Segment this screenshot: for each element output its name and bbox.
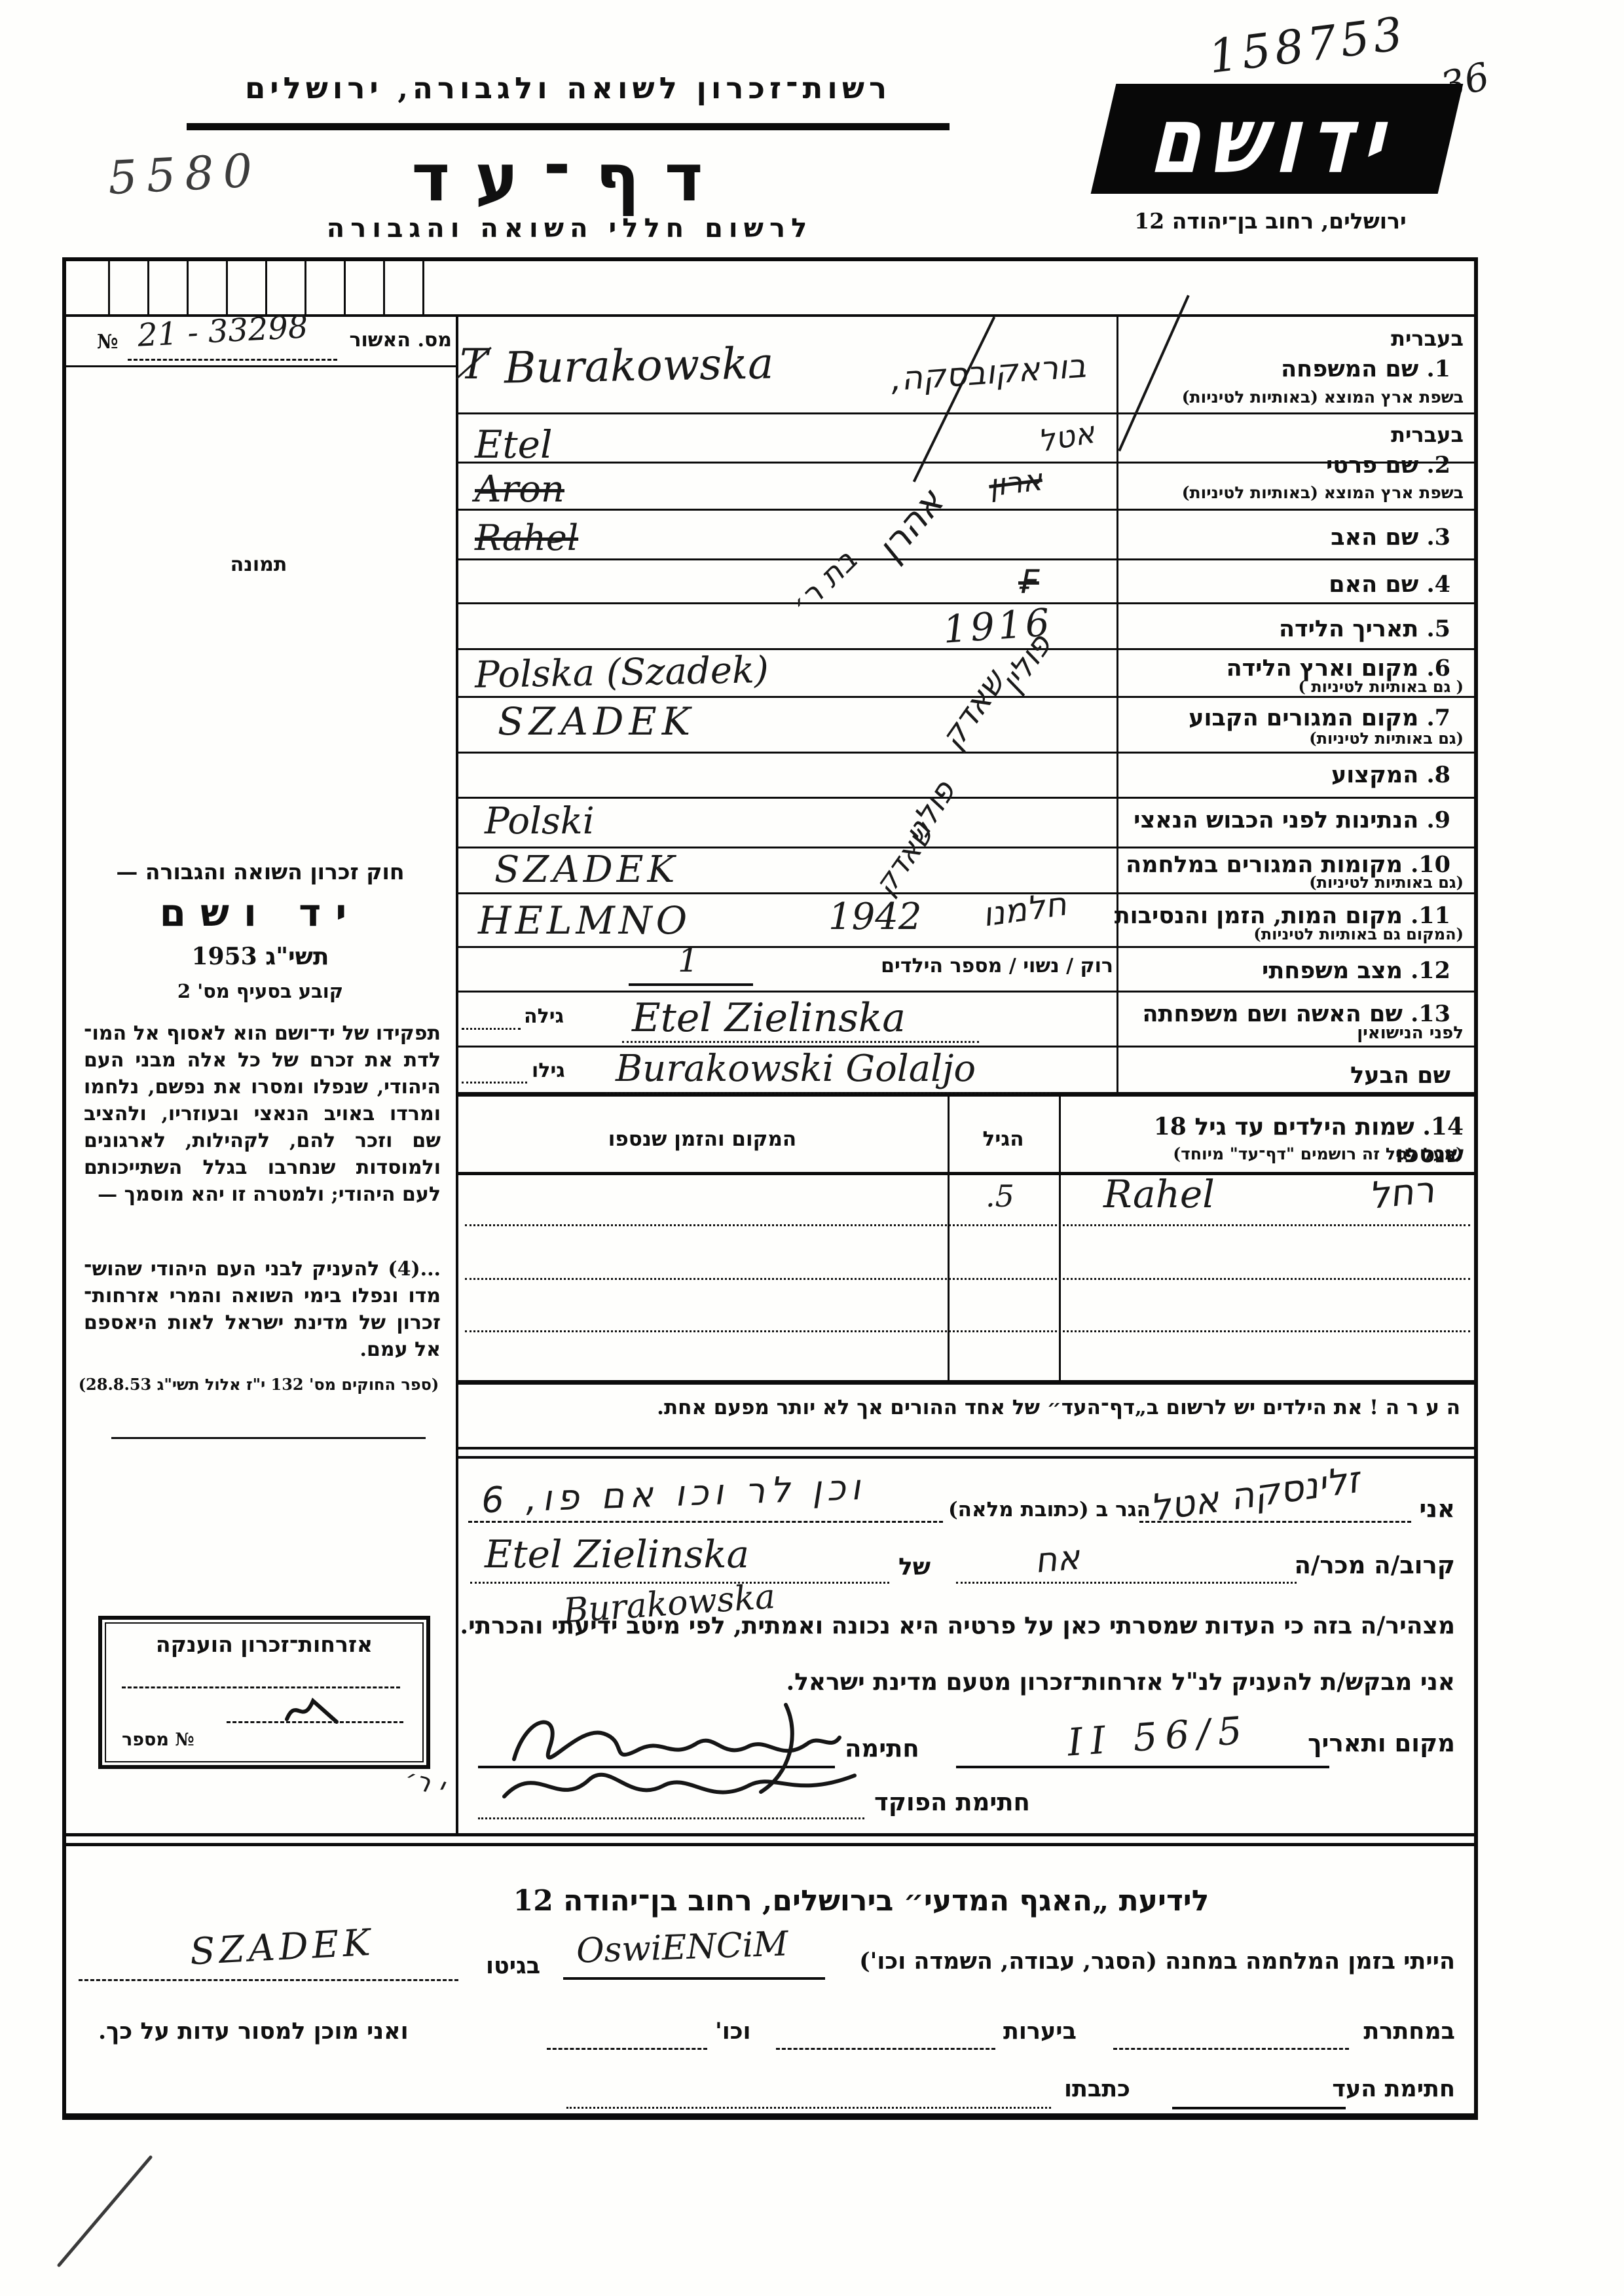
children-header-bottom-line xyxy=(457,1172,1478,1175)
row-line-13 xyxy=(457,991,1478,993)
sidebar-divider xyxy=(111,1437,426,1439)
declaration-double-line-b xyxy=(457,1456,1478,1459)
camp-line xyxy=(563,1977,825,1980)
field11-sublabel: (המקום גם באותיות לטיניות) xyxy=(1253,924,1464,943)
field4-label: 4. שם האם xyxy=(1329,571,1450,598)
field1-hebrew-tag: בעברית xyxy=(1391,326,1464,351)
address-label: הגר ב (כתובת מלאה) xyxy=(948,1498,1151,1522)
forests-line xyxy=(776,2023,995,2050)
field13-sublabel: לפני הנישואין xyxy=(1357,1023,1464,1043)
form-subtitle: לרשום חללי השואה והגבורה xyxy=(236,213,904,244)
field6-sublabel: ( גם באותיות לטיניות ) xyxy=(1299,677,1464,696)
f13-age-dots xyxy=(462,1002,521,1030)
f12-value-number: 1 xyxy=(678,941,699,979)
etc-line xyxy=(547,2023,707,2050)
children-row-line-1 xyxy=(465,1199,1470,1226)
row-line-1 xyxy=(457,412,1478,414)
photo-placeholder-label: תמונה xyxy=(193,553,324,576)
law-paragraph-2: ...(4) להעניק לבני העם היהודי שהוש־ מדו … xyxy=(84,1256,441,1363)
law-title: חוק זכרון השואה והגבורה — xyxy=(75,859,445,884)
row-line-11 xyxy=(457,892,1478,894)
witness-signature-line xyxy=(1172,2107,1346,2109)
field7-sublabel: (גם באותיות לטיניות) xyxy=(1309,729,1464,748)
form-border-left xyxy=(62,257,66,2120)
margin-scribble: י ר׳ xyxy=(401,1763,447,1802)
f3-diagonal-hebrew: אהרן xyxy=(869,481,953,569)
row-line-4 xyxy=(457,558,1478,560)
f1-value-hebrew: בוראקובסקה, xyxy=(889,347,1087,399)
approval-number-label: מס. האשור xyxy=(341,329,452,352)
relative-line-a xyxy=(956,1557,1297,1584)
field12-label: 12. מצב משפחתי xyxy=(1262,957,1450,984)
field10-sublabel: (גם באותיות לטיניות) xyxy=(1309,873,1464,892)
field1-label: 1. שם המשפחה xyxy=(1281,355,1450,382)
children-row-line-3 xyxy=(465,1305,1470,1332)
date-handwritten: 5/II 56 xyxy=(1066,1707,1251,1764)
f2-struck-hebrew: ארון xyxy=(987,462,1044,503)
field8-label: 8. המקצוע xyxy=(1331,761,1450,788)
row-line-5 xyxy=(457,602,1478,604)
f11-value-place: Helmno xyxy=(478,898,691,943)
ghetto-line xyxy=(79,1954,458,1981)
citizenship-number-word: מספר xyxy=(122,1730,169,1750)
children-note: ה ע ר ה ! את הילדים יש לרשום ב„דף־העד״ ש… xyxy=(347,1396,1460,1419)
f12-value-underline xyxy=(629,983,753,986)
approval-no-symbol: № xyxy=(97,331,119,354)
field13b-label: שם הבעל xyxy=(1350,1062,1450,1089)
ghetto-label: בגיטו xyxy=(486,1952,540,1979)
f4-crossed-mark: ₣ xyxy=(1018,563,1039,601)
f2-struck-latin: Aron xyxy=(475,468,564,511)
logo-text: ידושם xyxy=(1090,88,1462,194)
declarant-name-line xyxy=(1139,1496,1411,1523)
forests-label: ביערות xyxy=(1003,2018,1077,2045)
children-col-line-2 xyxy=(1059,1097,1061,1381)
field5-label: 5. תאריך הלידה xyxy=(1279,615,1450,642)
f13b-age-label: גילו xyxy=(532,1059,565,1082)
children-sublabel: (מעל לגיל זה רושמים "דף־עד" מיוחד) xyxy=(1097,1144,1464,1163)
f7-diagonal-hebrew: שאדק xyxy=(932,663,1013,756)
clerk-signature-label: חתימת הפוקד xyxy=(874,1787,1030,1816)
field7-label: 7. מקום המגורים הקבוע xyxy=(1189,704,1450,731)
children-table-bottom-heavy-line xyxy=(457,1380,1478,1385)
f11-value-year: 1942 xyxy=(828,896,922,938)
f10-diagonal-hebrew: שאדק xyxy=(867,816,942,902)
declaration-statement: מצהיר/ה בזה כי העדות שמסרתי כאן על פרטיה… xyxy=(211,1612,1455,1639)
testify-text: ואני מוכן למסור עדות על כך. xyxy=(98,2018,409,2045)
f4-diagonal-hebrew: בת ר׳ xyxy=(784,543,864,622)
law-paragraph-1: תפקידו של יד־ושם הוא לאסוף אל המו־ לדת א… xyxy=(84,1020,441,1208)
declaration-request: אני מבקש/ת להעניק לנ"ל אזרחות־זכרון מטעם… xyxy=(211,1668,1455,1696)
f9-value-latin: Polski xyxy=(485,800,595,843)
witness-address-label: כתבתו xyxy=(1064,2075,1130,2102)
form-border-right xyxy=(1474,257,1478,2120)
row-line-12 xyxy=(457,946,1478,948)
row-line-9 xyxy=(457,797,1478,799)
field1-sublabel: בשפת ארץ המוצא (באותיות לטיניות) xyxy=(1182,388,1464,407)
address-line xyxy=(468,1496,943,1523)
section-double-line-a xyxy=(62,1833,1478,1836)
pencil-stroke xyxy=(46,2147,164,2272)
date-line xyxy=(956,1766,1329,1768)
label-column-divider xyxy=(1116,314,1118,1096)
f1-strike-mark: Ⱦ xyxy=(460,340,488,389)
place-date-label: מקום ותאריך xyxy=(1308,1728,1455,1757)
tick-strip xyxy=(71,261,428,314)
f12-inline-printed: רוק / נשוי / מספר הילדים xyxy=(720,955,1113,977)
org-line: רשות־זכרון לשואה ולגבורה, ירושלים xyxy=(187,71,950,105)
citizenship-checkmark xyxy=(279,1692,344,1731)
org-underline xyxy=(187,123,950,130)
form-border-bottom xyxy=(62,2113,1478,2120)
children-col-age-header: הגיל xyxy=(949,1127,1058,1151)
hand-slash-stroke-1 xyxy=(913,316,995,482)
form-title: דף־עד xyxy=(282,139,858,216)
relative-label: קרוב/ה מכר/ה xyxy=(1294,1550,1455,1579)
hand-slash-stroke-2 xyxy=(1118,295,1189,451)
witness-signature-label: חתימת העד xyxy=(1332,2075,1455,2102)
f10-value-latin: Szadek xyxy=(494,848,678,891)
page-of-testimony-document: 158753 36 ידושם ירושלים, רחוב בן־יהודה 1… xyxy=(0,0,1624,2296)
camp-label: הייתי בזמן המלחמה במחנה (הסגר, עבודה, הש… xyxy=(859,1948,1455,1975)
row-line-2 xyxy=(457,462,1478,464)
f2-value-latin: Etel xyxy=(475,422,553,467)
approval-row-bottom xyxy=(62,365,458,367)
law-name: יד ושם xyxy=(75,890,445,935)
yad-vashem-logo: ידושם xyxy=(1091,84,1464,194)
underground-line xyxy=(1113,2023,1349,2050)
law-section: קובע בסעיף מס' 2 xyxy=(75,980,445,1002)
f3-struck-latin: Rahel xyxy=(475,517,578,558)
children-row-line-2 xyxy=(465,1253,1470,1280)
field2-sublabel: בשפת ארץ המוצא (באותיות לטיניות) xyxy=(1182,483,1464,502)
logo-address: ירושלים, רחוב בן־יהודה 12 xyxy=(1074,208,1467,234)
field3-label: 3. שם האב xyxy=(1331,524,1450,551)
department-line: לידיעת „האגף המדעי״ בירושלים, רחוב בן־יה… xyxy=(262,1884,1460,1918)
f2-value-hebrew: אטל xyxy=(1035,414,1098,459)
f13-age-label: גילה xyxy=(524,1005,564,1028)
f7-value-latin: Szadek xyxy=(498,699,695,744)
section-double-line-b xyxy=(62,1843,1478,1846)
f1-value-latin: Burakowska xyxy=(504,338,774,393)
declarant-label: אני xyxy=(1419,1494,1455,1523)
of-label: של xyxy=(898,1553,931,1580)
f13b-age-dots xyxy=(462,1055,527,1084)
witness-address-line xyxy=(566,2082,1051,2109)
underground-label: במחתרת xyxy=(1363,2018,1455,2045)
law-citation: (ספר החוקים מס' 132 י"ז אלול תשי"ג 28.8.… xyxy=(65,1375,452,1394)
etc-label: וכו' xyxy=(715,2018,751,2045)
row-line-8 xyxy=(457,752,1478,754)
serial-number-handwritten: 5580 xyxy=(107,143,263,205)
left-column-divider xyxy=(456,314,458,1834)
relative-line-b xyxy=(470,1557,889,1584)
law-year: תשי"ג 1953 xyxy=(75,943,445,970)
field9-label: 9. הנתינות לפני הכבוש הנאצי xyxy=(1134,807,1450,833)
clerk-signature xyxy=(498,1749,864,1821)
camp-handwritten: OswiENCiM xyxy=(576,1924,788,1971)
f13-value-underline xyxy=(622,1016,979,1043)
f6-value-latin: Polska (Szadek) xyxy=(474,649,769,697)
field2-hebrew-tag: בעברית xyxy=(1391,422,1464,447)
f13b-value-underline xyxy=(606,1067,1051,1094)
field2-label: 2. שם פרטי xyxy=(1326,452,1450,479)
declaration-double-line-a xyxy=(457,1447,1478,1449)
relation-handwritten: אח xyxy=(1033,1538,1082,1581)
citizenship-no-symbol: № xyxy=(175,1730,194,1750)
citizenship-number-label: № מספר xyxy=(122,1730,194,1750)
stamp-number-handwritten: 158753 xyxy=(1206,7,1409,84)
row-line-3 xyxy=(457,509,1478,511)
children-col-place-header: המקום והזמן שנספו xyxy=(458,1127,946,1151)
